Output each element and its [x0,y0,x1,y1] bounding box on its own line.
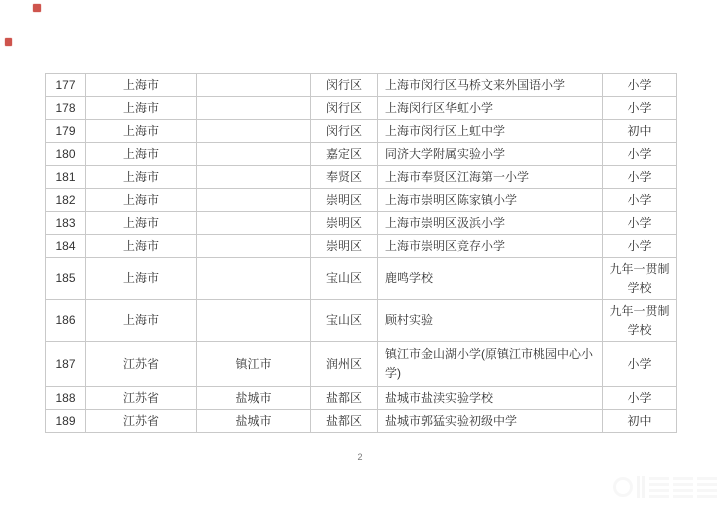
red-stamp-mark-top [33,4,41,12]
cell-row-number: 185 [46,258,86,300]
cell-district: 闵行区 [311,120,378,143]
watermark-circle-icon [613,477,633,497]
school-list-table: 177 上海市 闵行区 上海市闵行区马桥文来外国语小学 小学 178 上海市 闵… [45,73,677,433]
cell-row-number: 179 [46,120,86,143]
cell-school-name: 上海市崇明区陈家镇小学 [378,189,603,212]
cell-city [197,74,311,97]
cell-school-level: 小学 [603,189,677,212]
table-row: 179 上海市 闵行区 上海市闵行区上虹中学 初中 [46,120,677,143]
table-row: 187 江苏省 镇江市 润州区 镇江市金山湖小学(原镇江市桃园中心小学) 小学 [46,342,677,387]
table-row: 185 上海市 宝山区 鹿鸣学校 九年一贯制学校 [46,258,677,300]
cell-city [197,189,311,212]
table-row: 184 上海市 崇明区 上海市崇明区竞存小学 小学 [46,235,677,258]
watermark-glyph-icon [673,476,693,498]
cell-city: 盐城市 [197,387,311,410]
cell-row-number: 181 [46,166,86,189]
cell-school-level: 小学 [603,97,677,120]
cell-city: 镇江市 [197,342,311,387]
cell-school-name: 上海闵行区华虹小学 [378,97,603,120]
cell-city [197,166,311,189]
cell-school-name: 上海市崇明区汲浜小学 [378,212,603,235]
cell-school-level: 初中 [603,120,677,143]
table-row: 186 上海市 宝山区 顾村实验 九年一贯制学校 [46,300,677,342]
cell-row-number: 188 [46,387,86,410]
cell-row-number: 189 [46,410,86,433]
cell-row-number: 178 [46,97,86,120]
cell-row-number: 187 [46,342,86,387]
cell-school-name: 上海市奉贤区江海第一小学 [378,166,603,189]
cell-row-number: 177 [46,74,86,97]
table-row: 182 上海市 崇明区 上海市崇明区陈家镇小学 小学 [46,189,677,212]
cell-city [197,97,311,120]
cell-district: 崇明区 [311,189,378,212]
cell-school-level: 小学 [603,235,677,258]
cell-school-name: 鹿鸣学校 [378,258,603,300]
watermark-glyph-icon [649,476,669,498]
cell-row-number: 186 [46,300,86,342]
cell-province: 上海市 [86,189,197,212]
table-row: 183 上海市 崇明区 上海市崇明区汲浜小学 小学 [46,212,677,235]
cell-district: 闵行区 [311,97,378,120]
red-stamp-mark-left [5,38,12,46]
cell-province: 江苏省 [86,387,197,410]
table-row: 180 上海市 嘉定区 同济大学附属实验小学 小学 [46,143,677,166]
cell-district: 奉贤区 [311,166,378,189]
cell-province: 上海市 [86,212,197,235]
table-row: 178 上海市 闵行区 上海闵行区华虹小学 小学 [46,97,677,120]
document-page: 177 上海市 闵行区 上海市闵行区马桥文来外国语小学 小学 178 上海市 闵… [0,0,720,509]
watermark-glyph-icon [697,476,717,498]
cell-row-number: 180 [46,143,86,166]
cell-school-name: 盐城市盐渎实验学校 [378,387,603,410]
table-row: 181 上海市 奉贤区 上海市奉贤区江海第一小学 小学 [46,166,677,189]
cell-district: 盐都区 [311,387,378,410]
cell-district: 嘉定区 [311,143,378,166]
cell-school-name: 镇江市金山湖小学(原镇江市桃园中心小学) [378,342,603,387]
page-number: 2 [0,452,720,462]
table-row: 188 江苏省 盐城市 盐都区 盐城市盐渎实验学校 小学 [46,387,677,410]
cell-school-level: 小学 [603,143,677,166]
cell-city [197,300,311,342]
cell-school-level: 九年一贯制学校 [603,300,677,342]
cell-row-number: 183 [46,212,86,235]
cell-school-name: 同济大学附属实验小学 [378,143,603,166]
cell-district: 闵行区 [311,74,378,97]
cell-city [197,120,311,143]
cell-province: 上海市 [86,143,197,166]
cell-province: 上海市 [86,120,197,143]
cell-province: 上海市 [86,258,197,300]
cell-district: 宝山区 [311,300,378,342]
table-row: 189 江苏省 盐城市 盐都区 盐城市郭猛实验初级中学 初中 [46,410,677,433]
cell-province: 上海市 [86,235,197,258]
cell-school-name: 顾村实验 [378,300,603,342]
cell-district: 润州区 [311,342,378,387]
cell-province: 江苏省 [86,342,197,387]
cell-school-level: 小学 [603,342,677,387]
cell-school-level: 小学 [603,387,677,410]
cell-city [197,143,311,166]
cell-province: 上海市 [86,97,197,120]
cell-school-level: 初中 [603,410,677,433]
cell-province: 江苏省 [86,410,197,433]
cell-school-name: 上海市崇明区竞存小学 [378,235,603,258]
table-row: 177 上海市 闵行区 上海市闵行区马桥文来外国语小学 小学 [46,74,677,97]
cell-district: 宝山区 [311,258,378,300]
school-table-body: 177 上海市 闵行区 上海市闵行区马桥文来外国语小学 小学 178 上海市 闵… [46,74,677,433]
cell-district: 崇明区 [311,212,378,235]
cell-district: 盐都区 [311,410,378,433]
cell-city [197,212,311,235]
cell-school-name: 上海市闵行区上虹中学 [378,120,603,143]
watermark-logo [613,469,717,505]
cell-city [197,258,311,300]
cell-row-number: 184 [46,235,86,258]
cell-city [197,235,311,258]
watermark-bars-icon [637,476,645,498]
cell-school-level: 九年一贯制学校 [603,258,677,300]
cell-school-level: 小学 [603,212,677,235]
cell-school-level: 小学 [603,74,677,97]
cell-school-level: 小学 [603,166,677,189]
cell-row-number: 182 [46,189,86,212]
cell-city: 盐城市 [197,410,311,433]
cell-province: 上海市 [86,74,197,97]
cell-district: 崇明区 [311,235,378,258]
cell-school-name: 盐城市郭猛实验初级中学 [378,410,603,433]
cell-province: 上海市 [86,166,197,189]
cell-province: 上海市 [86,300,197,342]
cell-school-name: 上海市闵行区马桥文来外国语小学 [378,74,603,97]
